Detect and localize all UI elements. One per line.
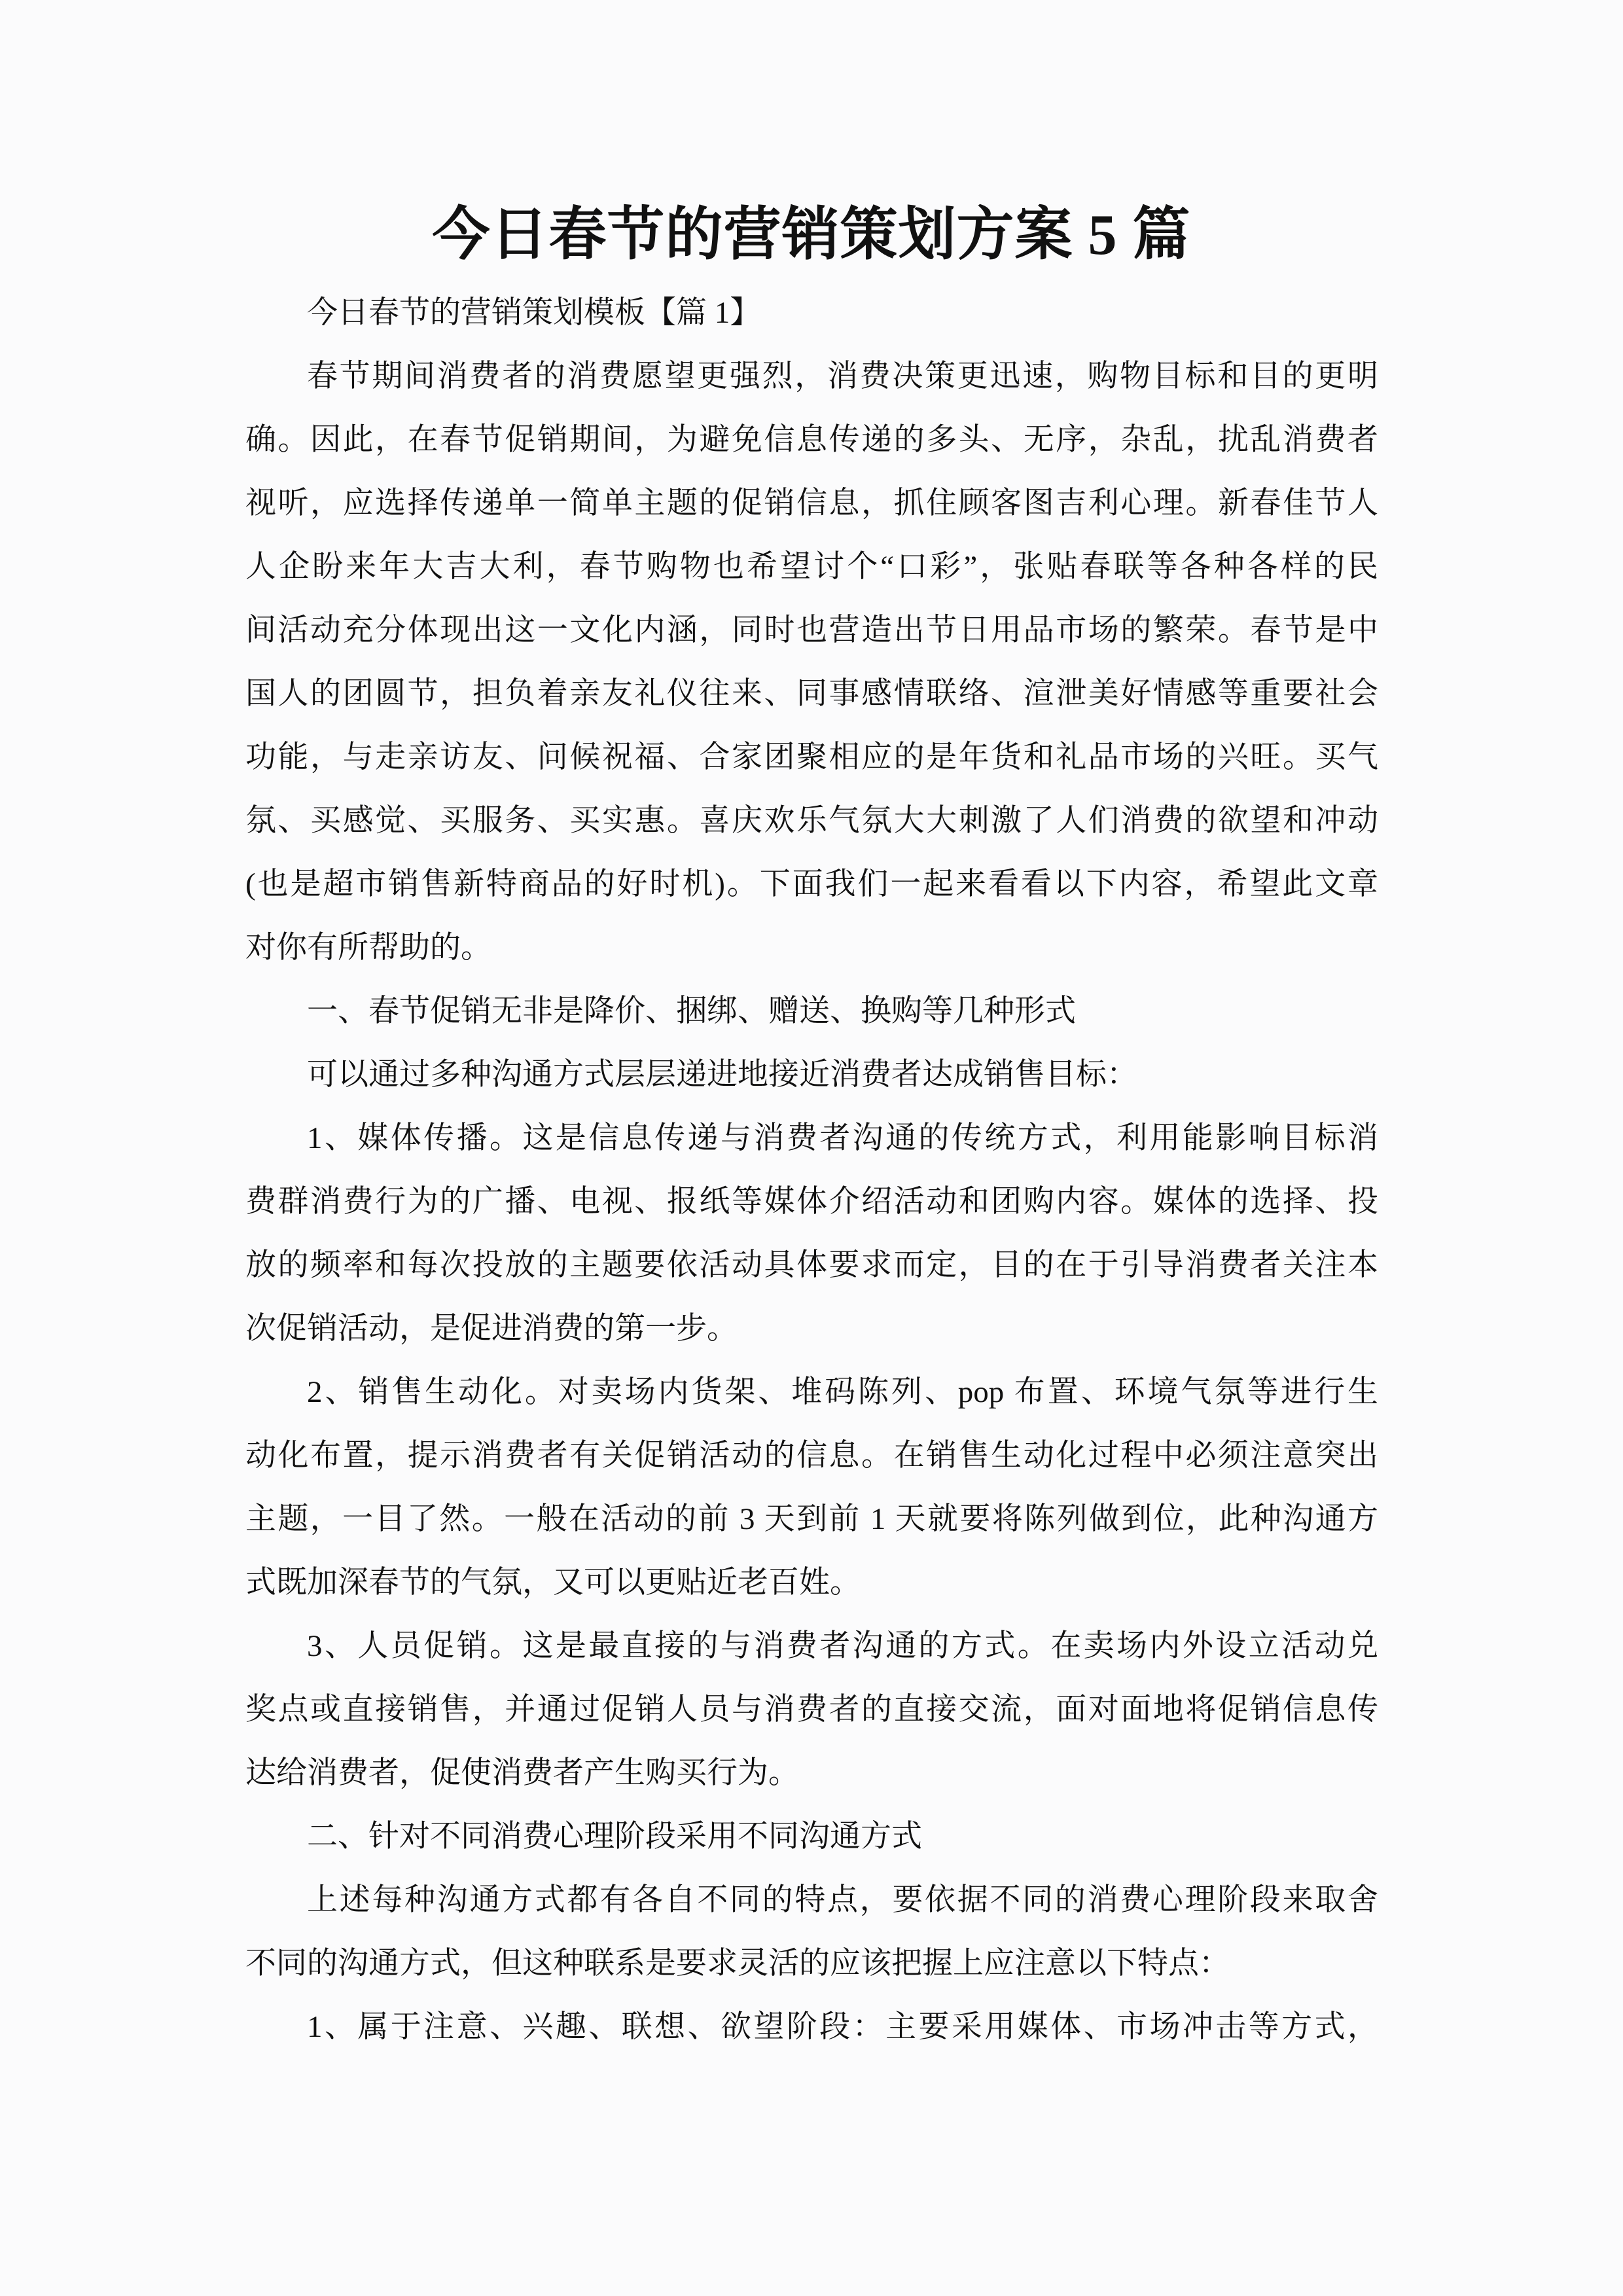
text-line: 主题，一目了然。一般在活动的前 3 天到前 1 天就要将陈列做到位，此种沟通方 <box>245 1488 1378 1551</box>
text-line: 达给消费者，促使消费者产生购买行为。 <box>245 1742 1378 1805</box>
text-line: 功能，与走亲访友、问候祝福、合家团聚相应的是年货和礼品市场的兴旺。买气 <box>245 726 1378 789</box>
paragraph: 2、销售生动化。对卖场内货架、堆码陈列、pop 布置、环境气氛等进行生动化布置，… <box>245 1361 1378 1615</box>
text-line: 奖点或直接销售，并通过促销人员与消费者的直接交流，面对面地将促销信息传 <box>245 1678 1378 1742</box>
paragraph: 一、春节促销无非是降价、捆绑、赠送、换购等几种形式 <box>245 980 1378 1043</box>
text-line: 可以通过多种沟通方式层层递进地接近消费者达成销售目标： <box>245 1043 1378 1107</box>
text-line: 间活动充分体现出这一文化内涵，同时也营造出节日用品市场的繁荣。春节是中 <box>245 599 1378 662</box>
paragraph: 今日春节的营销策划模板【篇 1】 <box>245 281 1378 345</box>
paragraph: 上述每种沟通方式都有各自不同的特点，要依据不同的消费心理阶段来取舍不同的沟通方式… <box>245 1869 1378 1996</box>
text-line: 今日春节的营销策划模板【篇 1】 <box>245 281 1378 345</box>
text-line: 次促销活动，是促进消费的第一步。 <box>245 1297 1378 1361</box>
text-line: 一、春节促销无非是降价、捆绑、赠送、换购等几种形式 <box>245 980 1378 1043</box>
document-title: 今日春节的营销策划方案 5 篇 <box>0 0 1623 272</box>
text-line: 确。因此，在春节促销期间，为避免信息传递的多头、无序，杂乱，扰乱消费者 <box>245 408 1378 472</box>
text-line: 式既加深春节的气氛，又可以更贴近老百姓。 <box>245 1551 1378 1615</box>
text-line: 1、媒体传播。这是信息传递与消费者沟通的传统方式，利用能影响目标消 <box>245 1107 1378 1170</box>
text-line: 3、人员促销。这是最直接的与消费者沟通的方式。在卖场内外设立活动兑 <box>245 1615 1378 1678</box>
paragraph: 1、属于注意、兴趣、联想、欲望阶段：主要采用媒体、市场冲击等方式， <box>245 1996 1378 2059</box>
text-line: 上述每种沟通方式都有各自不同的特点，要依据不同的消费心理阶段来取舍 <box>245 1869 1378 1932</box>
paragraph: 二、针对不同消费心理阶段采用不同沟通方式 <box>245 1805 1378 1869</box>
paragraph: 1、媒体传播。这是信息传递与消费者沟通的传统方式，利用能影响目标消费群消费行为的… <box>245 1107 1378 1361</box>
text-line: 春节期间消费者的消费愿望更强烈，消费决策更迅速，购物目标和目的更明 <box>245 345 1378 408</box>
text-line: 不同的沟通方式，但这种联系是要求灵活的应该把握上应注意以下特点： <box>245 1932 1378 1996</box>
document-body: 今日春节的营销策划模板【篇 1】春节期间消费者的消费愿望更强烈，消费决策更迅速，… <box>245 281 1378 2059</box>
text-line: 动化布置，提示消费者有关促销活动的信息。在销售生动化过程中必须注意突出 <box>245 1424 1378 1488</box>
text-line: 放的频率和每次投放的主题要依活动具体要求而定，目的在于引导消费者关注本 <box>245 1234 1378 1297</box>
text-line: 人企盼来年大吉大利，春节购物也希望讨个“口彩”，张贴春联等各种各样的民 <box>245 535 1378 599</box>
text-line: (也是超市销售新特商品的好时机)。下面我们一起来看看以下内容，希望此文章 <box>245 853 1378 916</box>
text-line: 二、针对不同消费心理阶段采用不同沟通方式 <box>245 1805 1378 1869</box>
paragraph: 春节期间消费者的消费愿望更强烈，消费决策更迅速，购物目标和目的更明确。因此，在春… <box>245 345 1378 980</box>
text-line: 费群消费行为的广播、电视、报纸等媒体介绍活动和团购内容。媒体的选择、投 <box>245 1170 1378 1234</box>
paragraph: 可以通过多种沟通方式层层递进地接近消费者达成销售目标： <box>245 1043 1378 1107</box>
paragraph: 3、人员促销。这是最直接的与消费者沟通的方式。在卖场内外设立活动兑奖点或直接销售… <box>245 1615 1378 1805</box>
text-line: 1、属于注意、兴趣、联想、欲望阶段：主要采用媒体、市场冲击等方式， <box>245 1996 1378 2059</box>
text-line: 2、销售生动化。对卖场内货架、堆码陈列、pop 布置、环境气氛等进行生 <box>245 1361 1378 1424</box>
text-line: 对你有所帮助的。 <box>245 916 1378 980</box>
text-line: 视听，应选择传递单一简单主题的促销信息，抓住顾客图吉利心理。新春佳节人 <box>245 472 1378 535</box>
text-line: 氛、买感觉、买服务、买实惠。喜庆欢乐气氛大大刺激了人们消费的欲望和冲动 <box>245 789 1378 853</box>
text-line: 国人的团圆节，担负着亲友礼仪往来、同事感情联络、渲泄美好情感等重要社会 <box>245 662 1378 726</box>
document-page: 今日春节的营销策划方案 5 篇 今日春节的营销策划模板【篇 1】春节期间消费者的… <box>0 0 1623 2296</box>
